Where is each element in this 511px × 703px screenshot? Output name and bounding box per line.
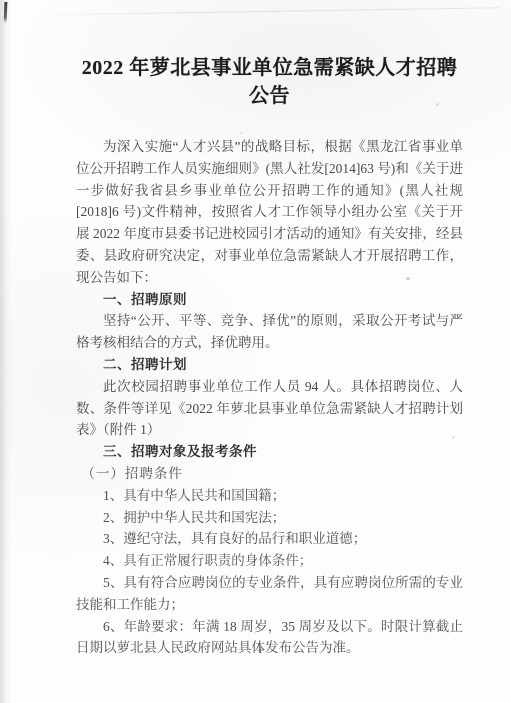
condition-item-3: 3、遵纪守法，具有良好的品行和职业道德；: [76, 528, 463, 550]
paragraph-recruitment-principles: 坚持“公开、平等、竞争、择优”的原则，采取公开考试与严格考核相结合的方式，择优聘…: [76, 310, 463, 354]
document-body: 2022 年萝北县事业单位急需紧缺人才招聘公告 为深入实施“人才兴县”的战略目标…: [0, 0, 511, 659]
page-number: 1: [258, 645, 263, 655]
condition-item-5: 5、具有符合应聘岗位的专业条件，具有应聘岗位所需的专业技能和工作能力；: [76, 572, 463, 616]
document-title: 2022 年萝北县事业单位急需紧缺人才招聘公告: [76, 54, 463, 110]
condition-item-6: 6、年龄要求：年满 18 周岁，35 周岁及以下。时限计算截止日期以萝北县人民政…: [76, 616, 463, 660]
paragraph-intro: 为深入实施“人才兴县”的战略目标，根据《黑龙江省事业单位公开招聘工作人员实施细则…: [76, 136, 463, 289]
condition-item-2: 2、拥护中华人民共和国宪法；: [76, 507, 463, 529]
paragraph-recruitment-plan: 此次校园招聘事业单位工作人员 94 人。具体招聘岗位、人数、条件等详见《2022…: [76, 376, 463, 441]
subsection-heading-recruitment-conditions: （一）招聘条件: [76, 463, 463, 485]
scanned-document-page: 2022 年萝北县事业单位急需紧缺人才招聘公告 为深入实施“人才兴县”的战略目标…: [0, 0, 511, 703]
section-heading-targets-and-requirements: 三、招聘对象及报考条件: [76, 441, 463, 463]
section-heading-recruitment-plan: 二、招聘计划: [76, 354, 463, 376]
condition-item-4: 4、具有正常履行职责的身体条件；: [76, 550, 463, 572]
section-heading-recruitment-principles: 一、招聘原则: [76, 289, 463, 311]
condition-item-1: 1、具有中华人民共和国国籍；: [76, 485, 463, 507]
